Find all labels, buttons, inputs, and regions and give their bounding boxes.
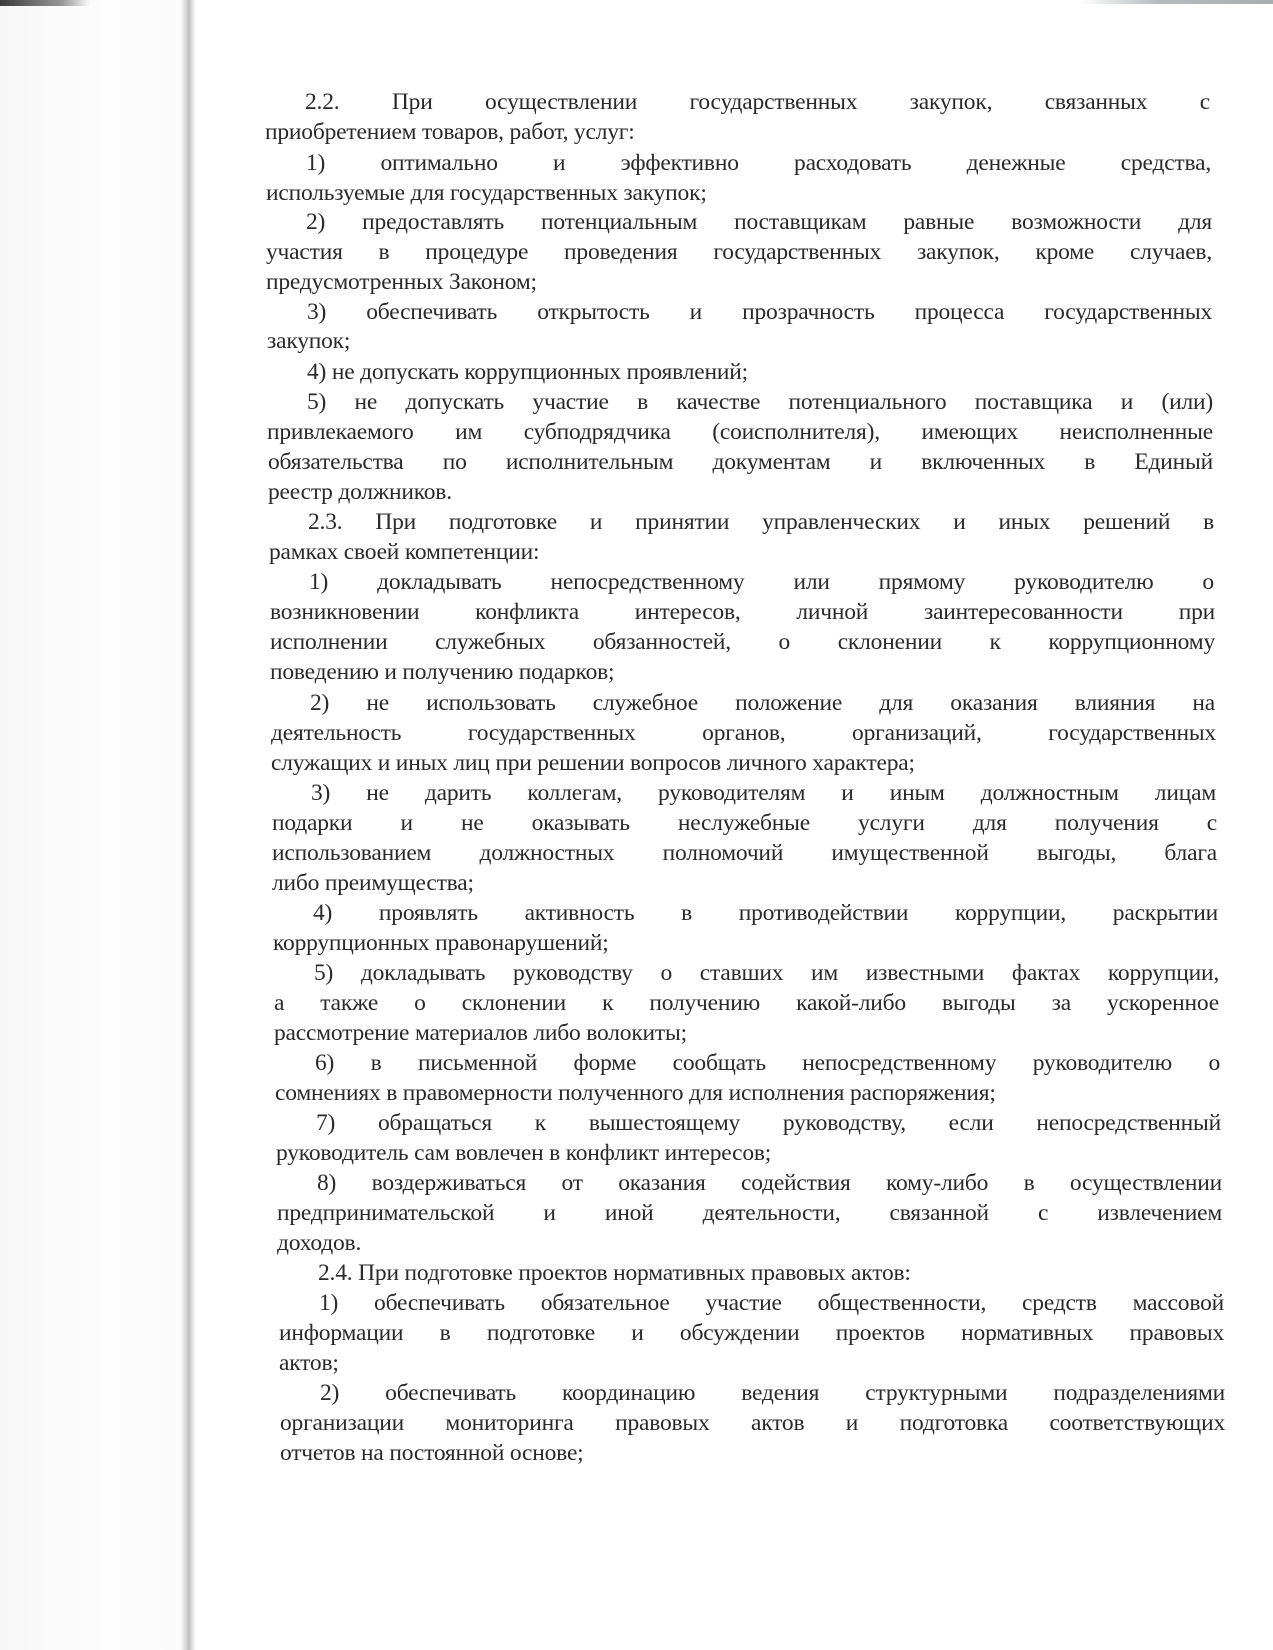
list-item-text: 2) обеспечивать координацию ведения стру… bbox=[320, 1378, 1225, 1408]
list-item-text: 8) воздерживаться от оказания содействия… bbox=[317, 1168, 1222, 1198]
text-line: обязательства по исполнительным документ… bbox=[268, 447, 1213, 477]
list-item-text: 1) докладывать непосредственному или пря… bbox=[309, 567, 1214, 597]
text-line: участия в процедуре проведения государст… bbox=[266, 237, 1212, 267]
list-item-text: 2) предоставлять потенциальным поставщик… bbox=[306, 207, 1212, 237]
text-line: а также о склонении к получению какой-ли… bbox=[274, 988, 1219, 1018]
text-line: рассмотрение материалов либо волокиты; bbox=[274, 1018, 687, 1048]
text-line: организации мониторинга правовых актов и… bbox=[280, 1408, 1225, 1438]
text-line: актов; bbox=[279, 1348, 339, 1378]
list-item-text: 1) обеспечивать обязательное участие общ… bbox=[319, 1288, 1224, 1318]
text-line: предусмотренных Законом; bbox=[266, 267, 537, 297]
text-line: реестр должников. bbox=[268, 477, 452, 507]
text-line: поведению и получению подарков; bbox=[270, 657, 614, 687]
text-line: использованием должностных полномочий им… bbox=[272, 838, 1217, 868]
list-item-text: 3) обеспечивать открытость и прозрачност… bbox=[307, 297, 1212, 327]
list-item-text: 4) не допускать коррупционных проявлений… bbox=[307, 357, 748, 387]
text-line: либо преимущества; bbox=[272, 868, 474, 898]
list-item-text: 5) не допускать участие в качестве потен… bbox=[307, 387, 1213, 417]
section-heading-2-3: 2.3. При подготовке и принятии управленч… bbox=[308, 507, 1214, 537]
section-heading-2-4: 2.4. При подготовке проектов нормативных… bbox=[318, 1258, 911, 1288]
text-line: возникновении конфликта интересов, лично… bbox=[270, 597, 1215, 627]
text-line: закупок; bbox=[267, 326, 350, 356]
text-line: доходов. bbox=[277, 1228, 361, 1258]
text-line: коррупционных правонарушений; bbox=[273, 928, 609, 958]
text-line: руководитель сам вовлечен в конфликт инт… bbox=[276, 1138, 771, 1168]
text-line: используемые для государственных закупок… bbox=[266, 178, 707, 208]
text-line: рамках своей компетенции: bbox=[269, 537, 539, 567]
list-item-text: 2) не использовать служебное положение д… bbox=[310, 688, 1215, 718]
text-line: подарки и не оказывать неслужебные услуг… bbox=[272, 808, 1217, 838]
text-line: сомнениях в правомерности полученного дл… bbox=[275, 1078, 996, 1108]
text-line: служащих и иных лиц при решении вопросов… bbox=[271, 748, 915, 778]
list-item-text: 6) в письменной форме сообщать непосредс… bbox=[315, 1048, 1220, 1078]
text-line: предпринимательской и иной деятельности,… bbox=[277, 1198, 1222, 1228]
text-line: информации в подготовке и обсуждении про… bbox=[279, 1318, 1224, 1348]
text-line: деятельность государственных органов, ор… bbox=[271, 718, 1216, 748]
text-line: привлекаемого им субподрядчика (соисполн… bbox=[267, 417, 1213, 447]
list-item-text: 7) обращаться к вышестоящему руководству… bbox=[316, 1108, 1221, 1138]
document-page: 2.2. При осуществлении государственных з… bbox=[0, 0, 1273, 1650]
text-line: исполнении служебных обязанностей, о скл… bbox=[270, 627, 1215, 657]
text-line: отчетов на постоянной основе; bbox=[280, 1438, 584, 1468]
text-line: приобретением товаров, работ, услуг: bbox=[265, 117, 635, 147]
list-item-text: 1) оптимально и эффективно расходовать д… bbox=[306, 148, 1211, 178]
section-heading-2-2: 2.2. При осуществлении государственных з… bbox=[305, 87, 1210, 117]
list-item-text: 5) докладывать руководству о ставших им … bbox=[314, 958, 1219, 988]
list-item-text: 4) проявлять активность в противодействи… bbox=[313, 898, 1218, 928]
list-item-text: 3) не дарить коллегам, руководителям и и… bbox=[311, 778, 1216, 808]
